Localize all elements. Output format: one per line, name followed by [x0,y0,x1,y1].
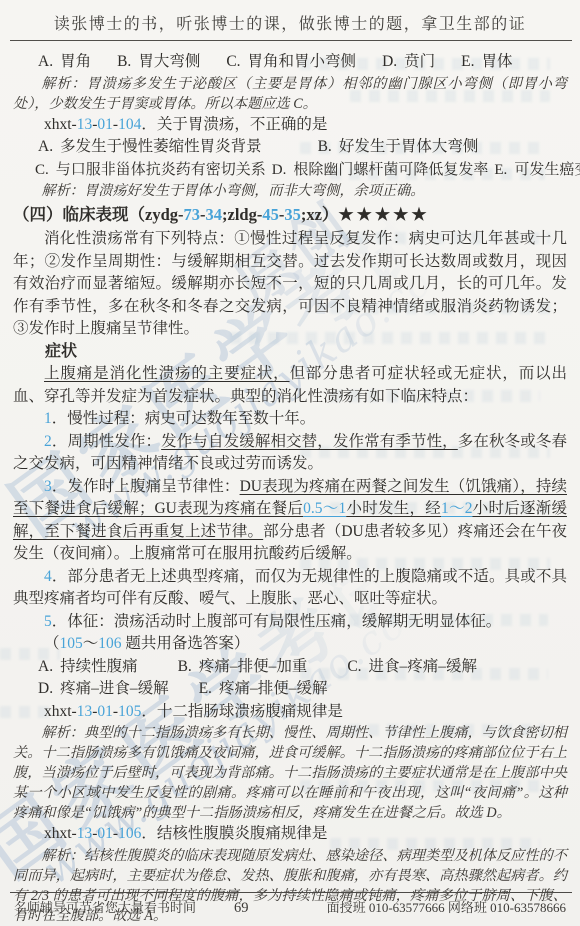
question-line: xhxt-13-01-106．结核性腹膜炎腹痛规律是 [13,823,567,846]
option: A.胃角 [38,51,91,74]
footer-rule [10,892,572,893]
option: A.持续性腹痛 [38,656,138,679]
answer-options-row: C.与口服非甾体抗炎药有密切关系D.根除幽门螺杆菌可降低复发率E.可发生癌变 [13,159,567,182]
page-footer: 名师辅导可节省您大量看书时间 69 面授班 010-63577666 网络班 0… [14,897,566,917]
scanned-exam-page: 国家医学考试网 www.guojiayikao.com 国家医学考试网 www.… [0,0,580,926]
answer-options-row: A.持续性腹痛B.疼痛–排便–加重C.进食–疼痛–缓解 [13,656,567,679]
shared-options-note: （105～106 题共用备选答案） [13,633,567,656]
list-item: 5．体征：溃疡活动时上腹部可有局限性压痛，缓解期无明显体征。 [13,611,567,634]
body-paragraph: 消化性溃疡常有下列特点：①慢性过程呈反复发作：病史可达几年甚或十几年；②发作呈周… [13,228,567,341]
option: E.胃体 [461,51,512,74]
list-item: 1．慢性过程：病史可达数年至数十年。 [13,408,567,431]
footer-contact-phones: 面授班 010-63577666 网络班 010-63578666 [327,897,566,916]
analysis-text: 解析：胃溃疡好发生于胃体小弯侧，而非大弯侧，余项正确。 [13,181,567,201]
section-heading: （四）临床表现（zydg-73-34;zldg-45-35;xz）★★★★★ [13,201,567,228]
option: B.疼痛–排便–加重 [178,656,308,679]
list-item: 3．发作时上腹痛呈节律性：DU表现为疼痛在两餐之间发生（饥饿痛），持续至下餐进食… [13,476,567,566]
sub-heading: 症状 [13,341,567,364]
option: A.多发生于慢性萎缩性胃炎背景 [38,136,262,159]
list-item: 4．部分患者无上述典型疼痛，而仅为无规律性的上腹隐痛或不适。具或不具典型疼痛者均… [13,566,567,611]
option: E.疼痛–排便–缓解 [199,678,328,701]
option: C.与口服非甾体抗炎药有密切关系 [35,159,266,182]
option: C.胃角和胃小弯侧 [226,51,356,74]
option: E.可发生癌变 [494,159,580,182]
body-paragraph: 上腹痛是消化性溃疡的主要症状，但部分患者可症状轻或无症状，而以出血、穿孔等并发症… [13,363,567,408]
question-line: xhxt-13-01-105．十二指肠球溃疡腹痛规律是 [13,701,567,724]
page-header: 读张博士的书，听张博士的课，做张博士的题，拿卫生部的证 [0,0,580,34]
answer-options-row: A.胃角B.胃大弯侧C.胃角和胃小弯侧D.贲门E.胃体 [13,51,567,74]
footer-slogan: 名师辅导可节省您大量看书时间 [14,897,196,916]
option: D.贲门 [382,51,435,74]
answer-options-row: A.多发生于慢性萎缩性胃炎背景B.好发生于胃体大弯侧 [13,136,567,159]
answer-options-row: D.疼痛–进食–缓解E.疼痛–排便–缓解 [13,678,567,701]
analysis-text: 解析：典型的十二指肠溃疡多有长期、慢性、周期性、节律性上腹痛，与饮食密切相关。十… [13,723,567,823]
option: C.进食–疼痛–缓解 [347,656,477,679]
option: D.根除幽门螺杆菌可降低复发率 [272,159,489,182]
header-rule [10,40,572,41]
list-item: 2．周期性发作：发作与自发缓解相交替，发作常有季节性，多在秋冬或冬春之交发病，可… [13,431,567,476]
question-line: xhxt-13-01-104．关于胃溃疡，不正确的是 [13,114,567,137]
option: B.好发生于胃体大弯侧 [318,136,479,159]
header-slogan: 读张博士的书，听张博士的课，做张博士的题，拿卫生部的证 [0,0,580,34]
content-blocks: A.胃角B.胃大弯侧C.胃角和胃小弯侧D.贲门E.胃体解析：胃溃疡多发生于泌酸区… [13,51,567,926]
option: D.疼痛–进食–缓解 [38,678,169,701]
analysis-text: 解析：胃溃疡多发生于泌酸区（主要是胃体）相邻的幽门腺区小弯侧（即胃小弯处），少数… [13,74,567,114]
option: B.胃大弯侧 [117,51,200,74]
footer-page-number: 69 [196,900,327,917]
